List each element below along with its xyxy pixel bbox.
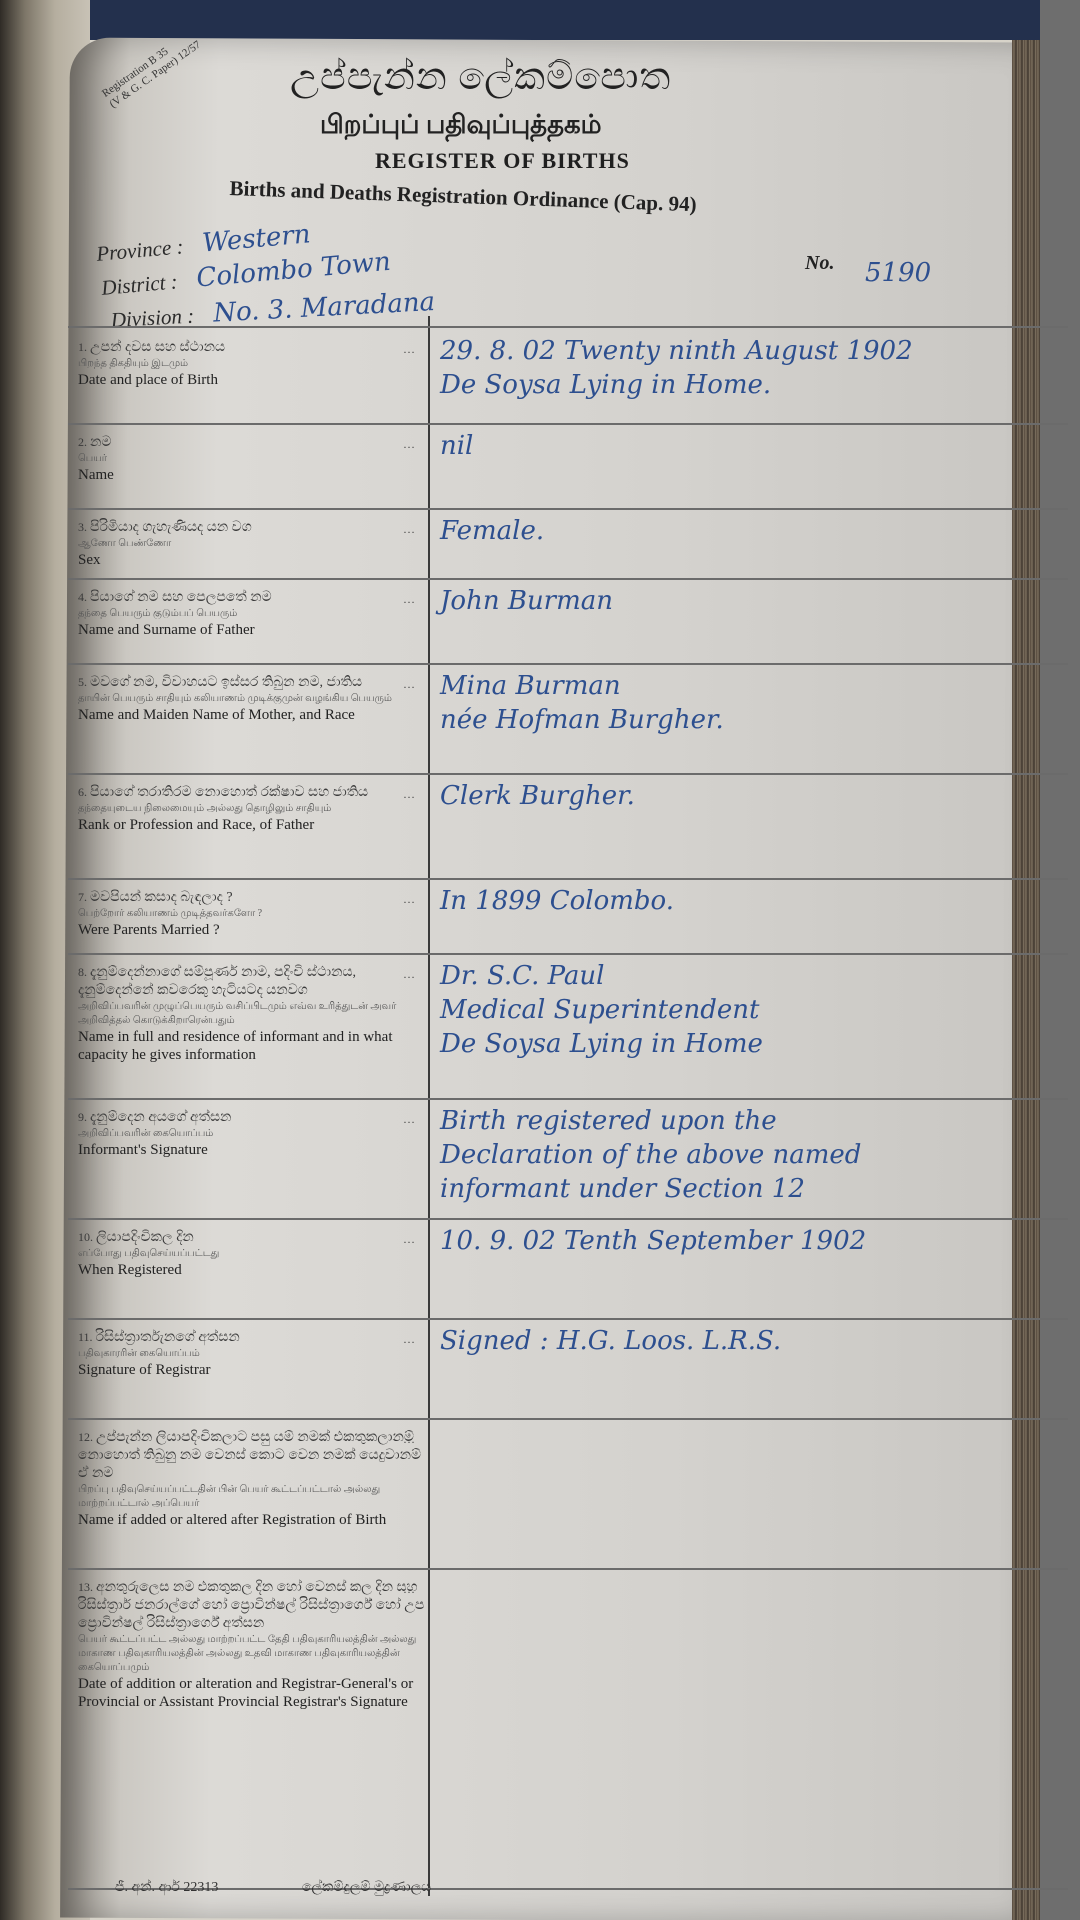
row-number: 12. (78, 1430, 93, 1444)
row-label: 8.දැනුම්දෙන්නාගේ සම්පූර්ණ නාම, පදිංචි ස්… (78, 963, 428, 1064)
label-sinhala: නම (90, 435, 111, 450)
row-number: 9. (78, 1110, 87, 1124)
label-tamil: பெற்றோர் கலியாணம் முடித்தவர்களோ ? (78, 907, 428, 921)
handwritten-line: 10. 9. 02 Tenth September 1902 (440, 1224, 1080, 1258)
label-tamil: அறிவிப்பவரின் கையொப்பம் (78, 1127, 428, 1141)
label-tamil: பதிவுகாரரின் கையொப்பம் (78, 1347, 428, 1361)
row-number: 4. (78, 590, 87, 604)
label-tamil: ஆணோ பெண்ணோ (78, 537, 428, 551)
label-tamil: பிறப்பு பதிவுசெய்யப்பட்டதின் பின் பெயர் … (78, 1483, 428, 1511)
handwritten-line: née Hofman Burgher. (440, 703, 1080, 737)
label-sinhala: පියාගේ තරාතිරම නොහොත් රක්ෂාව සහ ජාතිය (90, 785, 368, 800)
label-sinhala-line: 9.දැනුම්දෙන අයගේ අත්සන (78, 1108, 428, 1127)
entry-number-label: No. (805, 252, 834, 275)
register-row: 11.රිසිස්ත්‍රාර්තැනගේ අත්සනபதிவுகாரரின் … (78, 1320, 1078, 1420)
register-row: 5.මවගේ නම, විවාහයට ඉස්සර තිබුන නම, ජාතිය… (78, 665, 1078, 775)
row-value: Birth registered upon theDeclaration of … (440, 1104, 1080, 1206)
row-label: 3.පිරිමියාද ගැහැණියද යන වගஆணோ பெண்ணோSex (78, 518, 428, 569)
row-value: Signed : H.G. Loos. L.R.S. (440, 1324, 1080, 1358)
label-english: Rank or Profession and Race, of Father (78, 816, 428, 834)
row-number: 1. (78, 340, 87, 354)
leader-dots: … (403, 892, 416, 907)
row-value: 29. 8. 02 Twenty ninth August 1902De Soy… (440, 334, 1080, 402)
province-label: Province : (95, 234, 184, 266)
leader-dots: … (403, 1582, 416, 1597)
row-label: 12.උප්පැන්න ලියාපදිංචිකලාට පසු යම් නමක් … (78, 1428, 428, 1529)
leader-dots: … (403, 1332, 416, 1347)
row-value: Clerk Burgher. (440, 779, 1080, 813)
title-tamil: பிறப்புப் பதிவுப்புத்தகம் (320, 110, 602, 143)
label-english: Signature of Registrar (78, 1361, 428, 1379)
leader-dots: … (403, 967, 416, 982)
register-row: 2.නමபெயர்Name…nil (78, 425, 1078, 510)
row-value: John Burman (440, 584, 1080, 618)
label-sinhala-line: 6.පියාගේ තරාතිරම නොහොත් රක්ෂාව සහ ජාතිය (78, 783, 428, 802)
label-sinhala: අනතුරුලෙස නම එකතුකල දින හෝ වෙනස් කල දින … (78, 1580, 424, 1631)
row-number: 13. (78, 1580, 93, 1594)
label-english: Informant's Signature (78, 1141, 428, 1159)
register-row: 7.මවපියන් කසාද බැඳලාද ?பெற்றோர் கலியாணம்… (78, 880, 1078, 955)
handwritten-line: John Burman (440, 584, 1080, 618)
handwritten-line: De Soysa Lying in Home (440, 1027, 1080, 1061)
register-row: 12.උප්පැන්න ලියාපදිංචිකලාට පසු යම් නමක් … (78, 1420, 1078, 1570)
leader-dots: … (403, 677, 416, 692)
leader-dots: … (403, 1232, 416, 1247)
label-sinhala: ලියාපදිංචිකල දින (96, 1230, 194, 1245)
book-cover-edge (0, 0, 1080, 40)
row-value: 10. 9. 02 Tenth September 1902 (440, 1224, 1080, 1258)
district-label: District : (100, 269, 178, 300)
label-sinhala-line: 2.නම (78, 433, 428, 452)
row-label: 1.උපන් දවස සහ ස්ථානයபிறந்த திகதியும் இடம… (78, 338, 428, 389)
row-value: In 1899 Colombo. (440, 884, 1080, 918)
handwritten-line: Birth registered upon the (440, 1104, 1080, 1138)
row-number: 7. (78, 890, 87, 904)
entry-number-value: 5190 (865, 258, 931, 288)
row-label: 11.රිසිස්ත්‍රාර්තැනගේ අත්සනபதிவுகாரரின் … (78, 1328, 428, 1379)
label-sinhala: උපන් දවස සහ ස්ථානය (90, 340, 225, 355)
label-sinhala-line: 7.මවපියන් කසාද බැඳලාද ? (78, 888, 428, 907)
row-label: 5.මවගේ නම, විවාහයට ඉස්සර තිබුන නම, ජාතිය… (78, 673, 428, 724)
register-row: 4.පියාගේ නම සහ පෙලපතේ නමதந்தை பெயரும் கு… (78, 580, 1078, 665)
leader-dots: … (403, 1112, 416, 1127)
label-tamil: தாயின் பெயரும் சாதியும் கலியாணம் முடிக்க… (78, 692, 428, 706)
label-sinhala: රිසිස්ත්‍රාර්තැනගේ අත්සන (96, 1330, 240, 1345)
row-label: 13.අනතුරුලෙස නම එකතුකල දින හෝ වෙනස් කල ද… (78, 1578, 428, 1711)
label-english: Name in full and residence of informant … (78, 1028, 428, 1064)
label-tamil: தந்தை பெயரும் குடும்பப் பெயரும் (78, 607, 428, 621)
handwritten-line: Declaration of the above named (440, 1138, 1080, 1172)
label-sinhala-line: 13.අනතුරුලෙස නම එකතුකල දින හෝ වෙනස් කල ද… (78, 1578, 428, 1633)
label-english: Were Parents Married ? (78, 921, 428, 939)
leader-dots: … (403, 592, 416, 607)
label-sinhala: දැනුම්දෙන අයගේ අත්සන (90, 1110, 231, 1125)
register-row: 8.දැනුම්දෙන්නාගේ සම්පූර්ණ නාම, පදිංචි ස්… (78, 955, 1078, 1100)
label-english: Name if added or altered after Registrat… (78, 1511, 428, 1529)
register-row: 3.පිරිමියාද ගැහැණියද යන වගஆணோ பெண்ணோSex…… (78, 510, 1078, 580)
label-tamil: பெயர் கூட்டப்பட்ட அல்லது மாற்றப்பட்ட தேத… (78, 1633, 428, 1675)
row-label: 7.මවපියන් කසාද බැඳලාද ?பெற்றோர் கலியாணம்… (78, 888, 428, 939)
row-number: 2. (78, 435, 87, 449)
title-english: REGISTER OF BIRTHS (375, 148, 630, 174)
handwritten-line: In 1899 Colombo. (440, 884, 1080, 918)
leader-dots: … (403, 342, 416, 357)
label-tamil: தந்தையுடைய நிலைமையும் அல்லது தொழிலும் சா… (78, 802, 428, 816)
row-label: 2.නමபெயர்Name (78, 433, 428, 484)
row-number: 11. (78, 1330, 93, 1344)
label-sinhala-line: 3.පිරිමියාද ගැහැණියද යන වග (78, 518, 428, 537)
leader-dots: … (403, 522, 416, 537)
label-sinhala: උප්පැන්න ලියාපදිංචිකලාට පසු යම් නමක් එකත… (78, 1430, 421, 1481)
title-sinhala: උප්පැන්න ලේකම්පොත (290, 55, 671, 99)
label-sinhala-line: 11.රිසිස්ත්‍රාර්තැනගේ අත්සන (78, 1328, 428, 1347)
register-row: 1.උපන් දවස සහ ස්ථානයபிறந்த திகதியும் இடம… (78, 330, 1078, 425)
row-label: 9.දැනුම්දෙන අයගේ අත්සනஅறிவிப்பவரின் கையொ… (78, 1108, 428, 1159)
label-sinhala: පියාගේ නම සහ පෙලපතේ නම (90, 590, 272, 605)
row-value: Dr. S.C. PaulMedical SuperintendentDe So… (440, 959, 1080, 1061)
handwritten-line: 29. 8. 02 Twenty ninth August 1902 (440, 334, 1080, 368)
handwritten-line: informant under Section 12 (440, 1172, 1080, 1206)
label-tamil: அறிவிப்பவரின் முழுப்பெயரும் வசிப்பிடமும்… (78, 1000, 428, 1028)
label-sinhala-line: 5.මවගේ නම, විවාහයට ඉස්සර තිබුන නම, ජාතිය (78, 673, 428, 692)
handwritten-line: nil (440, 429, 1080, 463)
label-sinhala-line: 1.උපන් දවස සහ ස්ථානය (78, 338, 428, 357)
row-number: 8. (78, 965, 87, 979)
row-number: 5. (78, 675, 87, 689)
handwritten-line: Mina Burman (440, 669, 1080, 703)
row-label: 10.ලියාපදිංචිකල දිනஎப்போது பதிவுசெய்யப்ப… (78, 1228, 428, 1279)
label-sinhala-line: 10.ලියාපදිංචිකල දින (78, 1228, 428, 1247)
label-english: Name and Surname of Father (78, 621, 428, 639)
label-english: Date of addition or alteration and Regis… (78, 1675, 428, 1711)
label-english: Sex (78, 551, 428, 569)
footer-printer: ලේකම්දුලම් මුද්‍රණාලය (302, 1880, 431, 1895)
label-sinhala: පිරිමියාද ගැහැණියද යන වග (90, 520, 252, 535)
leader-dots: … (403, 787, 416, 802)
register-row: 6.පියාගේ තරාතිරම නොහොත් රක්ෂාව සහ ජාතියத… (78, 775, 1078, 880)
label-english: Name and Maiden Name of Mother, and Race (78, 706, 428, 724)
label-tamil: எப்போது பதிவுசெய்யப்பட்டது (78, 1247, 428, 1261)
table-top-rule (68, 326, 1068, 328)
row-number: 6. (78, 785, 87, 799)
footer-code: ජී. අන්. ආර් 22313 (115, 1880, 218, 1895)
label-sinhala: දැනුම්දෙන්නාගේ සම්පූර්ණ නාම, පදිංචි ස්ථා… (78, 965, 356, 998)
label-tamil: பெயர் (78, 452, 428, 466)
label-sinhala: මවපියන් කසාද බැඳලාද ? (90, 890, 233, 905)
label-sinhala-line: 4.පියාගේ නම සහ පෙලපතේ නම (78, 588, 428, 607)
handwritten-line: Clerk Burgher. (440, 779, 1080, 813)
leader-dots: … (403, 1432, 416, 1447)
leader-dots: … (403, 437, 416, 452)
row-value: nil (440, 429, 1080, 463)
page-footer: ජී. අන්. ආර් 22313 ලේකම්දුලම් මුද්‍රණාලය (115, 1880, 431, 1896)
label-english: When Registered (78, 1261, 428, 1279)
label-tamil: பிறந்த திகதியும் இடமும் (78, 357, 428, 371)
label-sinhala-line: 8.දැනුම්දෙන්නාගේ සම්පූර්ණ නාම, පදිංචි ස්… (78, 963, 428, 1000)
register-row: 9.දැනුම්දෙන අයගේ අත්සනஅறிவிப்பவரின் கையொ… (78, 1100, 1078, 1220)
row-number: 10. (78, 1230, 93, 1244)
label-english: Date and place of Birth (78, 371, 428, 389)
register-row: 10.ලියාපදිංචිකල දිනஎப்போது பதிவுசெய்யப்ப… (78, 1220, 1078, 1320)
row-value: Mina Burmannée Hofman Burgher. (440, 669, 1080, 737)
handwritten-line: Dr. S.C. Paul (440, 959, 1080, 993)
row-label: 4.පියාගේ නම සහ පෙලපතේ නමதந்தை பெயரும் கு… (78, 588, 428, 639)
label-sinhala: මවගේ නම, විවාහයට ඉස්සර තිබුන නම, ජාතිය (90, 675, 362, 690)
row-label: 6.පියාගේ තරාතිරම නොහොත් රක්ෂාව සහ ජාතියத… (78, 783, 428, 834)
row-number: 3. (78, 520, 87, 534)
label-sinhala-line: 12.උප්පැන්න ලියාපදිංචිකලාට පසු යම් නමක් … (78, 1428, 428, 1483)
label-english: Name (78, 466, 428, 484)
handwritten-line: Signed : H.G. Loos. L.R.S. (440, 1324, 1080, 1358)
handwritten-line: De Soysa Lying in Home. (440, 368, 1080, 402)
register-row: 13.අනතුරුලෙස නම එකතුකල දින හෝ වෙනස් කල ද… (78, 1570, 1078, 1890)
handwritten-line: Medical Superintendent (440, 993, 1080, 1027)
handwritten-line: Female. (440, 514, 1080, 548)
row-value: Female. (440, 514, 1080, 548)
